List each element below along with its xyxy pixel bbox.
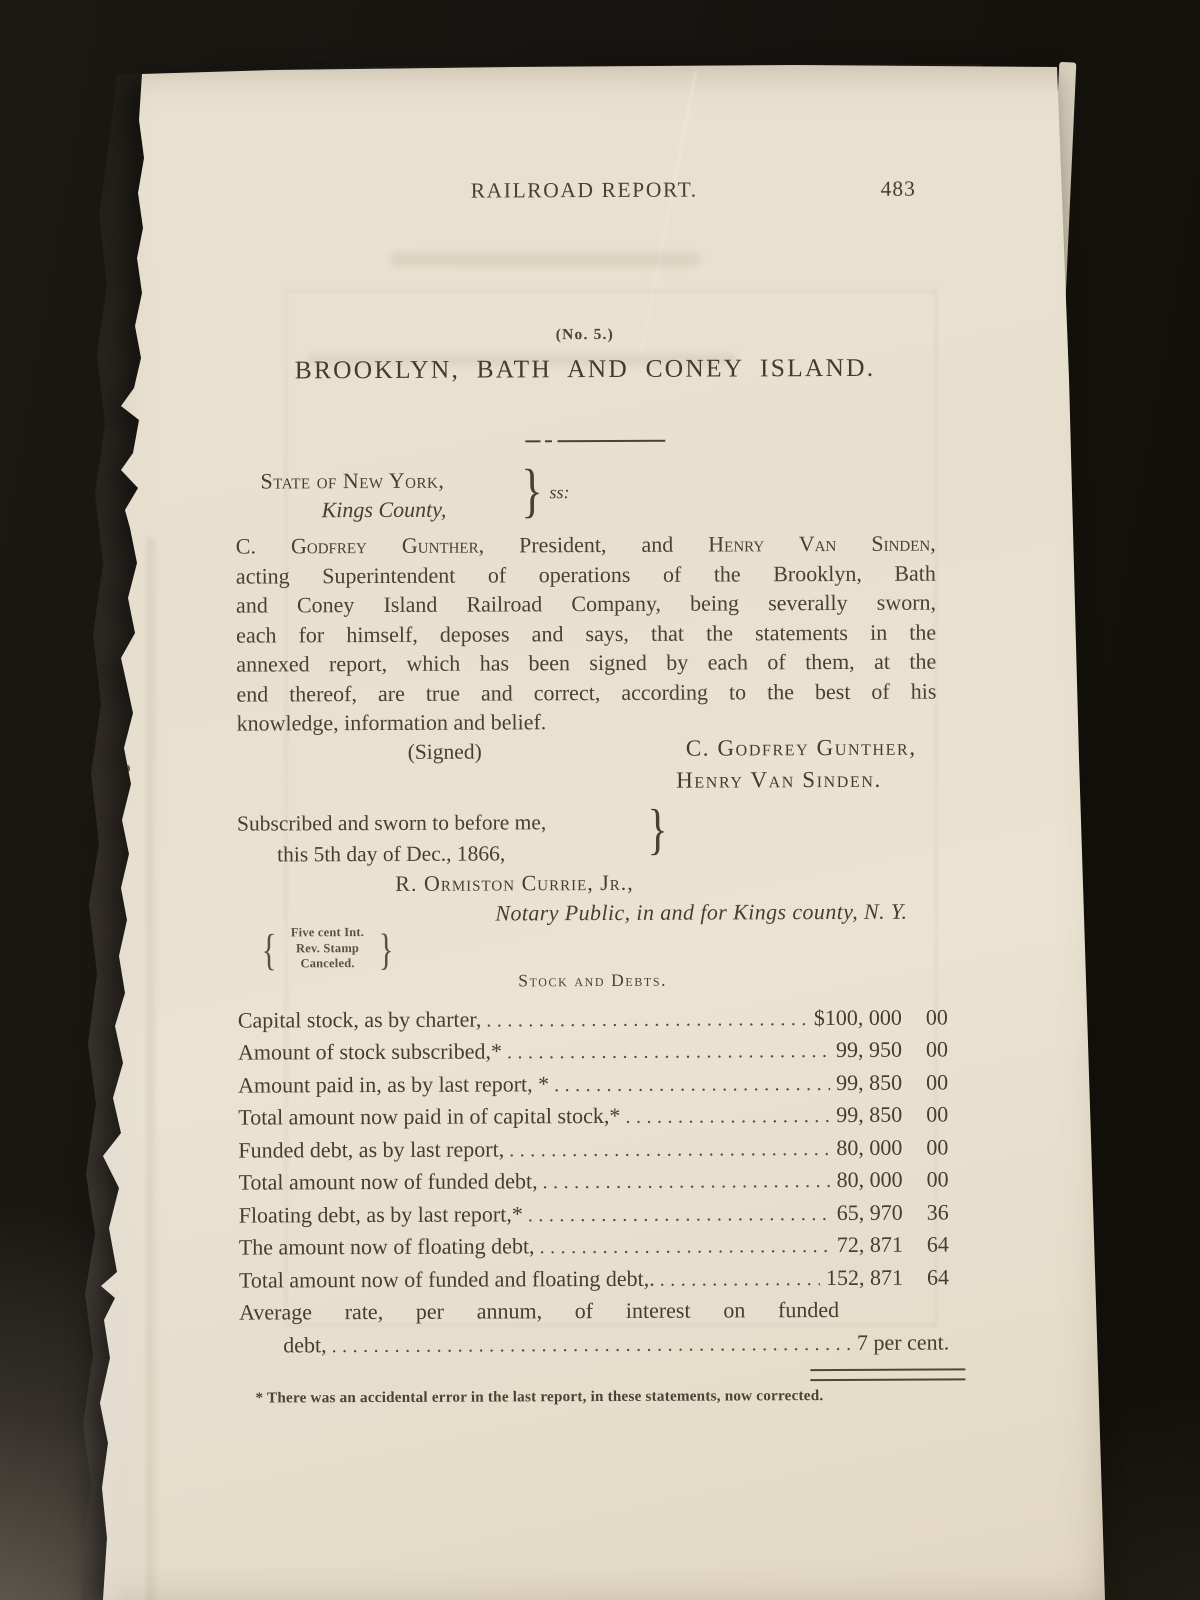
row-amount: 99, 950 (836, 1037, 902, 1063)
deponent-name-2: Henry Van Sinden, (708, 531, 936, 557)
signature-name-1: C. Godfrey Gunther, (540, 735, 917, 763)
row-value: 7 per cent. (857, 1329, 949, 1355)
row-amount: 72, 871 (837, 1232, 903, 1258)
table-row: Capital stock, as by charter,$100, 00000 (238, 1005, 948, 1038)
row-cents: 00 (902, 1037, 948, 1063)
report-title: BROOKLYN, BATH AND CONEY ISLAND. (185, 352, 985, 385)
dot-leader (486, 1005, 808, 1032)
affidavit-paragraph: C. Godfrey Gunther, President, and Henry… (236, 529, 937, 739)
table-row: The amount now of floating debt,72, 8716… (239, 1231, 949, 1264)
stamp-note-line: Five cent Int. (280, 925, 374, 941)
stamp-brace-left: { (262, 926, 277, 974)
row-cents: 00 (902, 1102, 948, 1128)
row-label: Total amount now of funded and floating … (239, 1266, 655, 1294)
row-label: Amount paid in, as by last report, * (238, 1071, 549, 1098)
dot-leader (332, 1330, 851, 1358)
page-content: RAILROAD REPORT. 483 (No. 5.) BROOKLYN, … (92, 56, 1117, 1600)
footnote-marker: * (255, 1389, 263, 1406)
affidavit-line-text: President, and (519, 532, 673, 558)
row-amount: 65, 970 (837, 1200, 903, 1226)
avg-rate-row-line2: debt,7 per cent. (283, 1329, 949, 1362)
deponent-name-1: C. Godfrey Gunther, (236, 533, 484, 559)
section-heading: Stock and Debts. (238, 969, 948, 993)
table-row: Amount of stock subscribed,*99, 95000 (238, 1037, 948, 1070)
jurat-county: Kings County, (322, 497, 447, 524)
page-wrap: RAILROAD REPORT. 483 (No. 5.) BROOKLYN, … (95, 58, 1113, 1600)
notary-name: R. Ormiston Currie, Jr., (395, 870, 634, 897)
affidavit-line: annexed report, which has been signed by… (236, 647, 936, 680)
row-label: Capital stock, as by charter, (238, 1007, 482, 1034)
dot-leader (509, 1135, 830, 1162)
row-label: Floating debt, as by last report,* (239, 1201, 523, 1228)
table-row: Total amount now paid in of capital stoc… (238, 1102, 948, 1135)
signature-name-2: Henry Van Sinden. (600, 767, 882, 794)
row-label: Total amount now paid in of capital stoc… (238, 1103, 620, 1131)
dot-leader (539, 1232, 830, 1259)
row-cents: 00 (902, 1167, 948, 1193)
row-amount: 99, 850 (836, 1102, 902, 1128)
dot-leader (660, 1265, 820, 1292)
row-cents: 64 (903, 1231, 949, 1257)
notary-title: Notary Public, in and for Kings county, … (365, 899, 907, 927)
avg-rate-row-line1: Average rate, per annum, of interest on … (239, 1297, 839, 1326)
table-row: Amount paid in, as by last report, *99, … (238, 1070, 948, 1103)
row-label: Total amount now of funded debt, (238, 1168, 537, 1195)
row-amount: 152, 871 (826, 1265, 903, 1291)
row-cents: 00 (902, 1070, 948, 1096)
page-number: 483 (852, 177, 944, 202)
table-row: Total amount now of funded debt,80, 0000… (238, 1167, 948, 1200)
stamp-note-line: Rev. Stamp (280, 941, 374, 957)
affidavit-line: acting Superintendent of operations of t… (236, 558, 936, 591)
report-number: (No. 5.) (235, 325, 935, 346)
row-cents: 00 (902, 1005, 948, 1031)
affidavit-line: knowledge, information and belief. (236, 706, 936, 739)
row-cents: 00 (902, 1135, 948, 1161)
row-amount: 80, 000 (836, 1135, 902, 1161)
scanned-page: RAILROAD REPORT. 483 (No. 5.) BROOKLYN, … (95, 58, 1113, 1600)
table-row: Funded debt, as by last report,80, 00000 (238, 1135, 948, 1168)
row-cents: 64 (903, 1264, 949, 1290)
dot-leader (528, 1200, 831, 1227)
row-cents: 36 (903, 1199, 949, 1225)
row-label: Amount of stock subscribed,* (238, 1038, 502, 1065)
table-row: Total amount now of funded and floating … (239, 1264, 949, 1297)
row-amount: 99, 850 (836, 1070, 902, 1096)
footnote: * There was an accidental error in the l… (255, 1386, 955, 1407)
affidavit-line: each for himself, deposes and says, that… (236, 617, 936, 650)
row-amount: $100, 000 (814, 1005, 902, 1031)
signed-label: (Signed) (408, 740, 482, 765)
dot-leader (554, 1070, 830, 1097)
row-label: The amount now of floating debt, (239, 1233, 535, 1260)
stamp-note-line: Canceled. (281, 956, 375, 972)
jurat-brace: } (521, 460, 543, 520)
table-double-rule (810, 1368, 965, 1381)
affidavit-line: end thereof, are true and correct, accor… (236, 676, 936, 709)
row-label: debt, (283, 1332, 327, 1358)
dot-leader (543, 1167, 831, 1194)
table-row: Floating debt, as by last report,*65, 97… (239, 1199, 949, 1232)
dot-leader (507, 1037, 830, 1064)
subscribed-line-1: Subscribed and sworn to before me, (237, 810, 546, 836)
row-amount: 80, 000 (836, 1167, 902, 1193)
stamp-brace-right: } (378, 926, 393, 974)
footnote-text: There was an accidental error in the las… (267, 1387, 823, 1406)
jurat-state: State of New York, (260, 468, 444, 495)
affidavit-line: C. Godfrey Gunther, President, and Henry… (236, 529, 936, 562)
subscribed-brace: } (647, 802, 667, 858)
revenue-stamp-note: { Five cent Int. Rev. Stamp Canceled. } (260, 925, 394, 978)
row-label: Funded debt, as by last report, (238, 1136, 504, 1163)
subscribed-line-2: this 5th day of Dec., 1866, (277, 841, 505, 867)
dot-leader (625, 1102, 830, 1129)
running-title: RAILROAD REPORT. (234, 177, 934, 205)
title-rule (525, 440, 665, 443)
affidavit-line: and Coney Island Railroad Company, being… (236, 588, 936, 621)
jurat-ss-label: ss: (549, 482, 569, 503)
